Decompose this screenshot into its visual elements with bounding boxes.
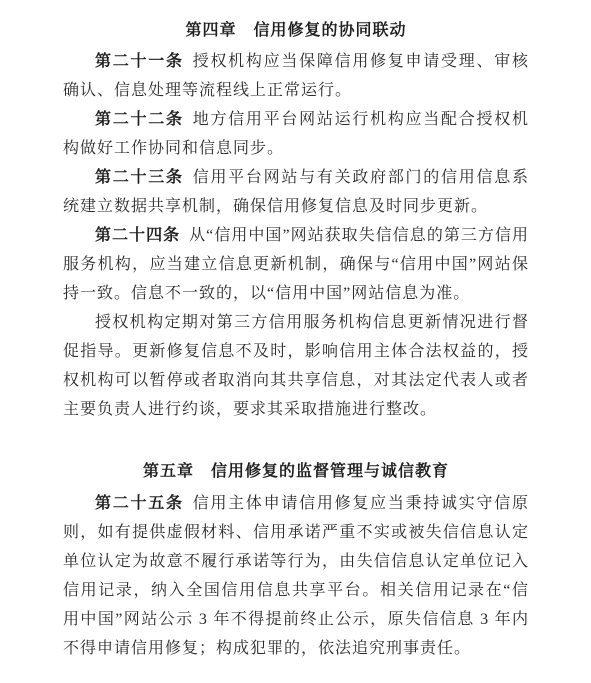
article-22-number: 第二十二条 xyxy=(95,111,184,128)
article-23-paragraph: 第二十三条信用平台网站与有关政府部门的信用信息系统建立数据共享机制，确保信用修复… xyxy=(63,163,529,221)
article-25-paragraph: 第二十五条信用主体申请信用修复应当秉持诚实守信原则，如有提供虚假材料、信用承诺严… xyxy=(63,489,529,663)
article-22-paragraph: 第二十二条地方信用平台网站运行机构应当配合授权机构做好工作协同和信息同步。 xyxy=(63,105,529,163)
article-24-supervision-text: 授权机构定期对第三方信用服务机构信息更新情况进行督促指导。更新修复信息不及时，影… xyxy=(63,314,529,418)
chapter-5-title: 第五章 信用修复的监督管理与诚信教育 xyxy=(63,457,529,486)
article-25-text: 信用主体申请信用修复应当秉持诚实守信原则，如有提供虚假材料、信用承诺严重不实或被… xyxy=(63,495,529,657)
document-page: 第四章 信用修复的协同联动 第二十一条授权机构应当保障信用修复申请受理、审核确认… xyxy=(0,0,591,683)
article-24-number: 第二十四条 xyxy=(95,227,180,244)
article-23-number: 第二十三条 xyxy=(95,169,184,186)
article-25-number: 第二十五条 xyxy=(95,495,184,512)
article-24-paragraph: 第二十四条从“信用中国”网站获取失信信息的第三方信用服务机构，应当建立信息更新机… xyxy=(63,221,529,308)
chapter-4-title: 第四章 信用修复的协同联动 xyxy=(63,16,529,45)
article-21-number: 第二十一条 xyxy=(95,53,184,70)
article-24-supervision-paragraph: 授权机构定期对第三方信用服务机构信息更新情况进行督促指导。更新修复信息不及时，影… xyxy=(63,308,529,424)
article-21-paragraph: 第二十一条授权机构应当保障信用修复申请受理、审核确认、信息处理等流程线上正常运行… xyxy=(63,47,529,105)
